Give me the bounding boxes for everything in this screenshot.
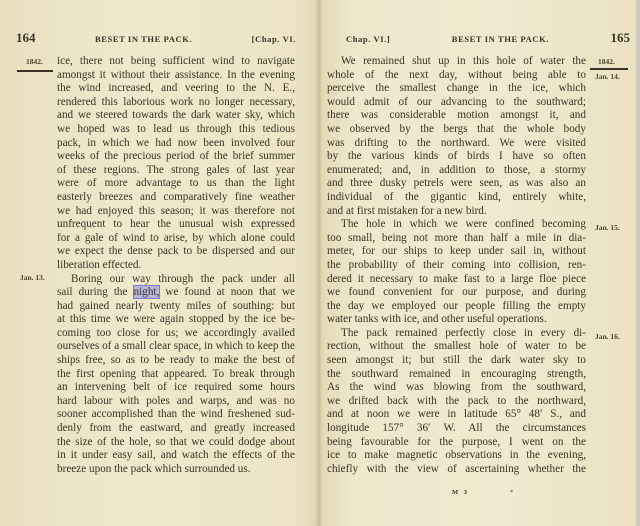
text-line: We remained shut up in this hole of wate…	[327, 55, 586, 69]
margin-note-year: 1842.	[26, 57, 43, 66]
text-line: chiefly with the view of ascertaining wh…	[327, 463, 586, 477]
text-line: liberation effected.	[57, 259, 295, 273]
selected-word-highlight[interactable]: night,	[134, 286, 160, 298]
page-number: 165	[611, 30, 631, 46]
book-spread: 164 BESET IN THE PACK. [Chap. VI. 1842. …	[0, 0, 636, 526]
signature-mark: *	[510, 489, 513, 496]
text-line: As the wind was blowing from the southwa…	[327, 381, 586, 395]
running-title: BESET IN THE PACK.	[390, 34, 610, 44]
text-line: the probability of their coming into col…	[327, 259, 586, 273]
right-page: Chap. VI.] BESET IN THE PACK. 165 1842. …	[322, 0, 636, 526]
text-line: unfrequent to hear the unusual wish expr…	[57, 218, 295, 232]
printer-signature: M 3	[452, 489, 469, 496]
chapter-label: Chap. VI.]	[346, 34, 390, 44]
text-line: an intervening belt of ice required some…	[57, 381, 295, 395]
margin-note-date: Jan. 13.	[20, 273, 45, 282]
right-running-head: Chap. VI.] BESET IN THE PACK. 165	[346, 30, 630, 44]
text-line: we drifted back with the pack to the nor…	[327, 395, 586, 409]
text-line: rection, without the smallest hole of wa…	[327, 340, 586, 354]
text-line: The pack remained perfectly close in eve…	[327, 327, 586, 341]
text-line: and at noon we were in latitude 65° 48′ …	[327, 408, 586, 422]
text-segment: we found at noon that we	[159, 286, 295, 298]
text-line: had gained nearly twenty miles of southi…	[57, 300, 295, 314]
text-line: in it under easy sail, and watch the eff…	[57, 449, 295, 463]
text-line: easterly breezes and comparatively fine …	[57, 191, 295, 205]
text-line: rendered this laborious work no longer n…	[57, 96, 295, 110]
text-line: we observed by the bergs that the whole …	[327, 123, 586, 137]
text-line: the first opening that appeared. To brea…	[57, 368, 295, 382]
text-line: Boring our way through the pack under al…	[57, 273, 295, 287]
text-line: weeks of the precious period of the brie…	[57, 150, 295, 164]
text-line: The hole in which we were confined becom…	[327, 218, 586, 232]
left-body-text: ice, there not being sufficient wind to …	[57, 55, 295, 476]
text-line: meter, for our ships to keep under sail …	[327, 245, 586, 259]
page-number: 164	[16, 30, 36, 46]
text-segment: sail during the	[57, 286, 134, 298]
margin-note-year: 1842.	[598, 57, 615, 66]
text-line: too small, being not more than half a mi…	[327, 232, 586, 246]
text-line: pack, in which we had now been involved …	[57, 137, 295, 151]
text-line: individual of the gigantic kind, entirel…	[327, 191, 586, 205]
text-line: and at first mistaken for a new bird.	[327, 205, 586, 219]
text-line: for a gale of wind to arise, by which al…	[57, 232, 295, 246]
text-line: the size of the hole, so that we could d…	[57, 436, 295, 450]
left-page: 164 BESET IN THE PACK. [Chap. VI. 1842. …	[0, 0, 316, 526]
text-line: ice to make magnetic observations in the…	[327, 449, 586, 463]
text-line: enumerated; and, in addition to those, a…	[327, 164, 586, 178]
running-title: BESET IN THE PACK.	[36, 34, 252, 44]
text-line: at this time we were again stopped by th…	[57, 313, 295, 327]
text-line: dered it necessary to make fast to a lar…	[327, 273, 586, 287]
text-line: we found convenient for our purpose, and…	[327, 286, 586, 300]
text-line: the southward remained in encouraging st…	[327, 368, 586, 382]
text-line: ships free, so as to be ready to make th…	[57, 354, 295, 368]
text-line: and we steered towards the dark water sk…	[57, 109, 295, 123]
text-line: there was considerable motion amongst it…	[327, 109, 586, 123]
text-line: of these regions. The strong gales of la…	[57, 164, 295, 178]
right-body-text: We remained shut up in this hole of wate…	[327, 55, 586, 476]
text-line: ourselves of a small clear space, in whi…	[57, 340, 295, 354]
text-line: we hoped was to lead us through this ted…	[57, 123, 295, 137]
text-line: would admit of our advancing to the sout…	[327, 96, 586, 110]
margin-rule	[17, 70, 53, 72]
text-line: water tanks with ice, and other useful o…	[327, 313, 586, 327]
text-line: sooner accomplished than the wind freshe…	[57, 408, 295, 422]
text-line: by the various kinds of birds I have so …	[327, 150, 586, 164]
text-line: being favourable for the purpose, I went…	[327, 436, 586, 450]
text-line: perceive the smallest change in the ice,…	[327, 82, 586, 96]
text-line: were of more advantage to us than the li…	[57, 177, 295, 191]
chapter-label: [Chap. VI.	[252, 34, 296, 44]
margin-rule	[590, 68, 628, 70]
text-line: we had enjoyed this season; it was there…	[57, 205, 295, 219]
text-line: whole of the next day, without being abl…	[327, 69, 586, 83]
text-line: the day we employed our people filling t…	[327, 300, 586, 314]
text-line: ice, there not being sufficient wind to …	[57, 55, 295, 69]
text-line: the wind increased, and veering to the N…	[57, 82, 295, 96]
text-line: denly from the eastward, and greatly inc…	[57, 422, 295, 436]
text-line: seen amongst it; but still the dark wate…	[327, 354, 586, 368]
text-line: amongst it without their assistance. In …	[57, 69, 295, 83]
text-line: and three dusky petrels were seen, as wa…	[327, 177, 586, 191]
text-line: longitude 157° 36′ W. All the circumstan…	[327, 422, 586, 436]
text-line: coming too close for us; we accordingly …	[57, 327, 295, 341]
left-running-head: 164 BESET IN THE PACK. [Chap. VI.	[16, 30, 296, 44]
margin-note-date: Jan. 16.	[595, 332, 620, 341]
text-line: hard labour with poles and warps, and wa…	[57, 395, 295, 409]
text-line: breeze upon the pack which surrounded us…	[57, 463, 295, 477]
margin-note-date: Jan. 14.	[595, 72, 620, 81]
margin-note-date: Jan. 15.	[595, 223, 620, 232]
page-edge	[636, 0, 640, 526]
text-line: we expect the dense pack to be dispersed…	[57, 245, 295, 259]
text-line-with-selection: sail during the night, we found at noon …	[57, 286, 295, 300]
text-line: was drifting to the northward. We were v…	[327, 137, 586, 151]
